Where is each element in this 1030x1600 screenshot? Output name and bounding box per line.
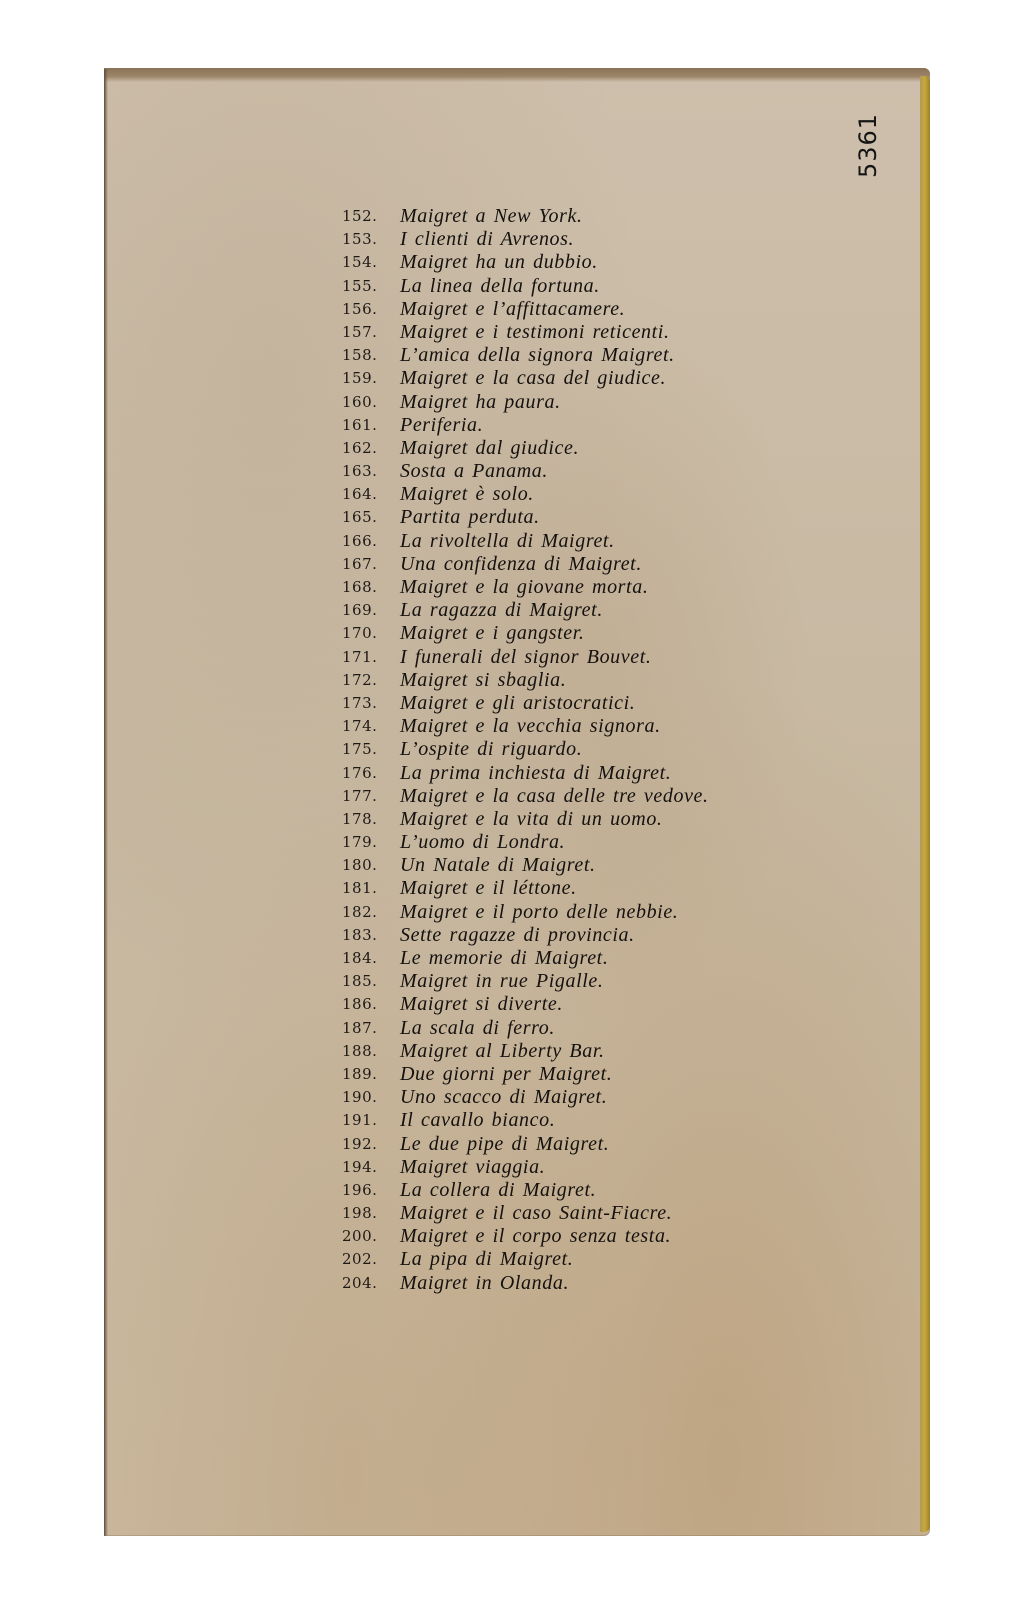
title-text: La ragazza di Maigret. bbox=[400, 599, 603, 622]
title-text: Il cavallo bianco. bbox=[400, 1109, 555, 1132]
title-number: 190. bbox=[342, 1086, 400, 1109]
title-number: 156. bbox=[342, 298, 400, 321]
title-number: 158. bbox=[342, 344, 400, 367]
title-number: 168. bbox=[342, 576, 400, 599]
title-text: L’ospite di riguardo. bbox=[400, 738, 582, 761]
title-list-item: 179.L’uomo di Londra. bbox=[342, 831, 709, 854]
title-text: Maigret si diverte. bbox=[400, 993, 563, 1016]
title-list-item: 167.Una confidenza di Maigret. bbox=[342, 553, 709, 576]
title-number: 189. bbox=[342, 1063, 400, 1086]
title-text: Maigret e gli aristocratici. bbox=[400, 692, 635, 715]
title-list-item: 174.Maigret e la vecchia signora. bbox=[342, 715, 709, 738]
title-list-item: 173.Maigret e gli aristocratici. bbox=[342, 692, 709, 715]
title-list-item: 178.Maigret e la vita di un uomo. bbox=[342, 808, 709, 831]
title-list-item: 177.Maigret e la casa delle tre vedove. bbox=[342, 785, 709, 808]
title-number: 160. bbox=[342, 391, 400, 414]
series-title-list: 152.Maigret a New York.153.I clienti di … bbox=[342, 205, 709, 1295]
title-text: Maigret è solo. bbox=[400, 483, 534, 506]
title-text: Maigret in rue Pigalle. bbox=[400, 970, 603, 993]
title-text: Maigret ha un dubbio. bbox=[400, 251, 598, 274]
title-text: L’uomo di Londra. bbox=[400, 831, 565, 854]
title-list-item: 181.Maigret e il léttone. bbox=[342, 877, 709, 900]
title-text: La collera di Maigret. bbox=[400, 1179, 596, 1202]
title-number: 173. bbox=[342, 692, 400, 715]
title-text: Maigret e la casa delle tre vedove. bbox=[400, 785, 709, 808]
title-number: 180. bbox=[342, 854, 400, 877]
title-number: 157. bbox=[342, 321, 400, 344]
title-list-item: 196.La collera di Maigret. bbox=[342, 1179, 709, 1202]
title-list-item: 162.Maigret dal giudice. bbox=[342, 437, 709, 460]
stock-number-label: 5361 bbox=[856, 118, 880, 178]
title-text: I funerali del signor Bouvet. bbox=[400, 646, 651, 669]
title-list-item: 157.Maigret e i testimoni reticenti. bbox=[342, 321, 709, 344]
title-list-item: 164.Maigret è solo. bbox=[342, 483, 709, 506]
title-text: Una confidenza di Maigret. bbox=[400, 553, 642, 576]
title-number: 186. bbox=[342, 993, 400, 1016]
title-number: 152. bbox=[342, 205, 400, 228]
title-number: 171. bbox=[342, 646, 400, 669]
title-text: Maigret viaggia. bbox=[400, 1156, 545, 1179]
title-text: Maigret e il caso Saint-Fiacre. bbox=[400, 1202, 672, 1225]
title-text: Sosta a Panama. bbox=[400, 460, 548, 483]
title-text: Maigret al Liberty Bar. bbox=[400, 1040, 605, 1063]
title-list-item: 182.Maigret e il porto delle nebbie. bbox=[342, 901, 709, 924]
title-list-item: 172.Maigret si sbaglia. bbox=[342, 669, 709, 692]
title-number: 191. bbox=[342, 1109, 400, 1132]
title-text: Maigret a New York. bbox=[400, 205, 583, 228]
title-number: 161. bbox=[342, 414, 400, 437]
title-text: Maigret e la vecchia signora. bbox=[400, 715, 661, 738]
title-text: La pipa di Maigret. bbox=[400, 1248, 573, 1271]
title-text: Periferia. bbox=[400, 414, 483, 437]
title-list-item: 180.Un Natale di Maigret. bbox=[342, 854, 709, 877]
title-text: Sette ragazze di provincia. bbox=[400, 924, 635, 947]
title-list-item: 187.La scala di ferro. bbox=[342, 1017, 709, 1040]
title-number: 181. bbox=[342, 877, 400, 900]
title-number: 204. bbox=[342, 1272, 400, 1295]
title-number: 192. bbox=[342, 1133, 400, 1156]
title-number: 164. bbox=[342, 483, 400, 506]
title-list-item: 171.I funerali del signor Bouvet. bbox=[342, 646, 709, 669]
title-text: Maigret e il porto delle nebbie. bbox=[400, 901, 678, 924]
title-text: La scala di ferro. bbox=[400, 1017, 555, 1040]
book-spine-edge bbox=[920, 76, 930, 1532]
title-number: 179. bbox=[342, 831, 400, 854]
title-text: Maigret in Olanda. bbox=[400, 1272, 569, 1295]
title-number: 196. bbox=[342, 1179, 400, 1202]
title-number: 154. bbox=[342, 251, 400, 274]
book-left-edge bbox=[104, 68, 108, 1536]
title-list-item: 186.Maigret si diverte. bbox=[342, 993, 709, 1016]
title-number: 165. bbox=[342, 506, 400, 529]
title-text: Maigret e i gangster. bbox=[400, 622, 585, 645]
title-text: L’amica della signora Maigret. bbox=[400, 344, 675, 367]
title-list-item: 184.Le memorie di Maigret. bbox=[342, 947, 709, 970]
title-number: 163. bbox=[342, 460, 400, 483]
title-list-item: 185.Maigret in rue Pigalle. bbox=[342, 970, 709, 993]
title-number: 159. bbox=[342, 367, 400, 390]
title-text: Maigret si sbaglia. bbox=[400, 669, 566, 692]
title-number: 175. bbox=[342, 738, 400, 761]
title-number: 184. bbox=[342, 947, 400, 970]
title-number: 174. bbox=[342, 715, 400, 738]
title-list-item: 176.La prima inchiesta di Maigret. bbox=[342, 762, 709, 785]
title-number: 200. bbox=[342, 1225, 400, 1248]
title-text: Maigret e il léttone. bbox=[400, 877, 577, 900]
title-number: 178. bbox=[342, 808, 400, 831]
title-list-item: 155.La linea della fortuna. bbox=[342, 275, 709, 298]
book-back-cover: 5361 152.Maigret a New York.153.I client… bbox=[104, 68, 930, 1536]
title-list-item: 194.Maigret viaggia. bbox=[342, 1156, 709, 1179]
title-number: 170. bbox=[342, 622, 400, 645]
title-text: Maigret e la casa del giudice. bbox=[400, 367, 666, 390]
title-text: Partita perduta. bbox=[400, 506, 540, 529]
title-list-item: 198.Maigret e il caso Saint-Fiacre. bbox=[342, 1202, 709, 1225]
title-list-item: 163.Sosta a Panama. bbox=[342, 460, 709, 483]
title-number: 187. bbox=[342, 1017, 400, 1040]
title-list-item: 154.Maigret ha un dubbio. bbox=[342, 251, 709, 274]
title-text: La rivoltella di Maigret. bbox=[400, 530, 615, 553]
title-list-item: 191.Il cavallo bianco. bbox=[342, 1109, 709, 1132]
title-list-item: 189.Due giorni per Maigret. bbox=[342, 1063, 709, 1086]
title-text: Maigret e la vita di un uomo. bbox=[400, 808, 663, 831]
title-list-item: 160.Maigret ha paura. bbox=[342, 391, 709, 414]
title-text: Maigret e la giovane morta. bbox=[400, 576, 648, 599]
title-list-item: 158.L’amica della signora Maigret. bbox=[342, 344, 709, 367]
title-text: Uno scacco di Maigret. bbox=[400, 1086, 607, 1109]
title-list-item: 153.I clienti di Avrenos. bbox=[342, 228, 709, 251]
title-list-item: 183.Sette ragazze di provincia. bbox=[342, 924, 709, 947]
title-list-item: 192.Le due pipe di Maigret. bbox=[342, 1133, 709, 1156]
title-text: Maigret e l’affittacamere. bbox=[400, 298, 625, 321]
title-list-item: 190.Uno scacco di Maigret. bbox=[342, 1086, 709, 1109]
title-list-item: 169.La ragazza di Maigret. bbox=[342, 599, 709, 622]
title-list-item: 168.Maigret e la giovane morta. bbox=[342, 576, 709, 599]
title-number: 167. bbox=[342, 553, 400, 576]
title-list-item: 170.Maigret e i gangster. bbox=[342, 622, 709, 645]
title-number: 198. bbox=[342, 1202, 400, 1225]
title-list-item: 188.Maigret al Liberty Bar. bbox=[342, 1040, 709, 1063]
title-number: 155. bbox=[342, 275, 400, 298]
book-top-edge bbox=[104, 68, 930, 82]
title-text: I clienti di Avrenos. bbox=[400, 228, 574, 251]
title-text: Due giorni per Maigret. bbox=[400, 1063, 612, 1086]
title-number: 202. bbox=[342, 1248, 400, 1271]
title-text: Un Natale di Maigret. bbox=[400, 854, 596, 877]
title-list-item: 161.Periferia. bbox=[342, 414, 709, 437]
title-list-item: 152.Maigret a New York. bbox=[342, 205, 709, 228]
title-text: Maigret ha paura. bbox=[400, 391, 561, 414]
title-number: 177. bbox=[342, 785, 400, 808]
title-text: Le memorie di Maigret. bbox=[400, 947, 608, 970]
title-number: 185. bbox=[342, 970, 400, 993]
title-number: 162. bbox=[342, 437, 400, 460]
title-list-item: 156.Maigret e l’affittacamere. bbox=[342, 298, 709, 321]
title-number: 183. bbox=[342, 924, 400, 947]
title-number: 172. bbox=[342, 669, 400, 692]
title-list-item: 165.Partita perduta. bbox=[342, 506, 709, 529]
title-text: La linea della fortuna. bbox=[400, 275, 600, 298]
title-number: 166. bbox=[342, 530, 400, 553]
title-text: Le due pipe di Maigret. bbox=[400, 1133, 609, 1156]
title-text: Maigret e i testimoni reticenti. bbox=[400, 321, 670, 344]
title-text: Maigret e il corpo senza testa. bbox=[400, 1225, 671, 1248]
title-number: 182. bbox=[342, 901, 400, 924]
title-number: 194. bbox=[342, 1156, 400, 1179]
title-list-item: 204.Maigret in Olanda. bbox=[342, 1272, 709, 1295]
title-list-item: 175.L’ospite di riguardo. bbox=[342, 738, 709, 761]
title-list-item: 159.Maigret e la casa del giudice. bbox=[342, 367, 709, 390]
title-number: 153. bbox=[342, 228, 400, 251]
title-number: 176. bbox=[342, 762, 400, 785]
title-list-item: 202.La pipa di Maigret. bbox=[342, 1248, 709, 1271]
title-text: Maigret dal giudice. bbox=[400, 437, 579, 460]
title-number: 188. bbox=[342, 1040, 400, 1063]
title-text: La prima inchiesta di Maigret. bbox=[400, 762, 671, 785]
title-list-item: 200.Maigret e il corpo senza testa. bbox=[342, 1225, 709, 1248]
title-list-item: 166.La rivoltella di Maigret. bbox=[342, 530, 709, 553]
title-number: 169. bbox=[342, 599, 400, 622]
